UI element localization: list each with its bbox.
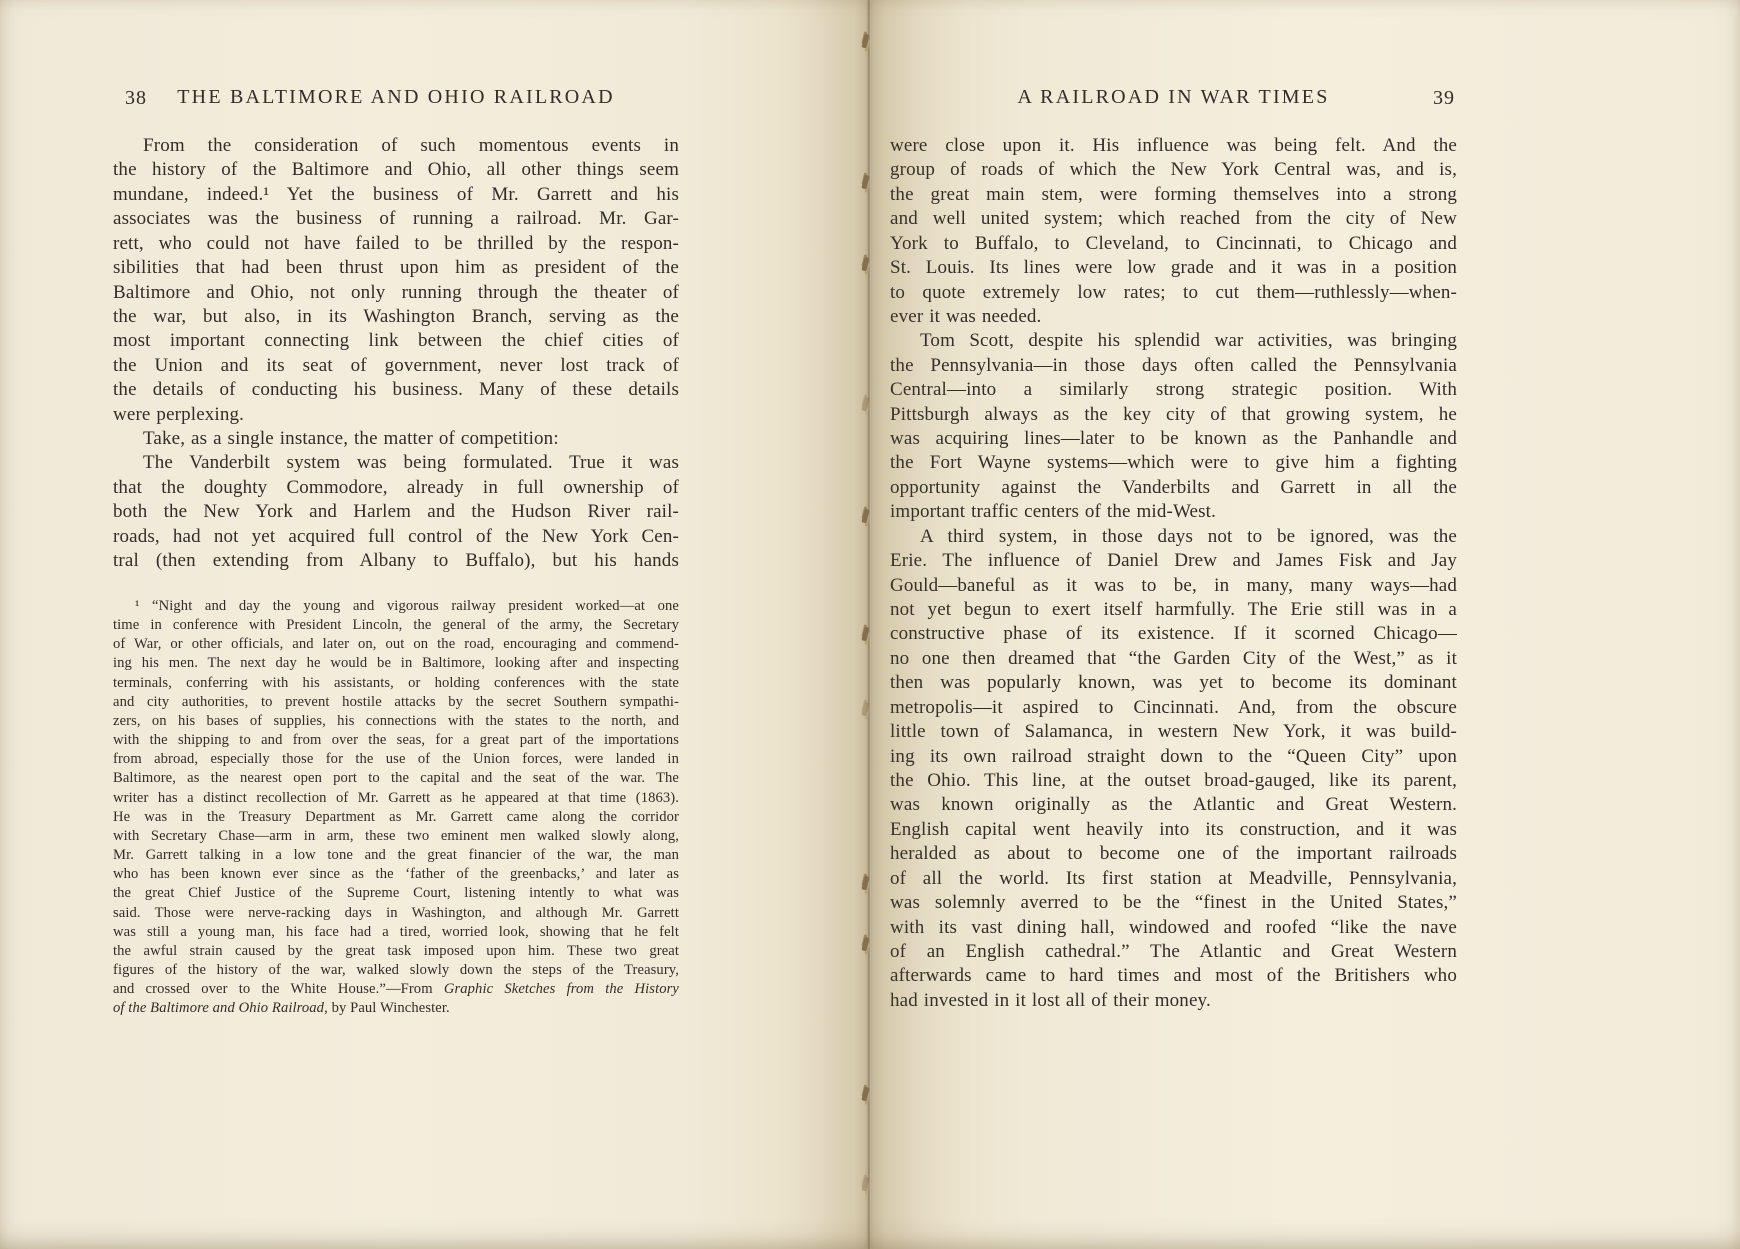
text-line: Take, as a single instance, the matter o…: [113, 427, 679, 451]
footnote-left: ¹ “Night and day the young and vigorous …: [113, 597, 679, 1018]
text-line: the Fort Wayne systems—which were to giv…: [890, 451, 1457, 475]
body-text-right: were close upon it. His influence was be…: [890, 134, 1457, 1013]
text-line: group of roads of which the New York Cen…: [890, 158, 1457, 182]
text-line: St. Louis. Its lines were low grade and …: [890, 256, 1457, 280]
book-spread: 38 THE BALTIMORE AND OHIO RAILROAD From …: [0, 0, 1740, 1249]
text-line: the great main stem, were forming themse…: [890, 183, 1457, 207]
text-line: the great Chief Justice of the Supreme C…: [113, 884, 679, 903]
text-line: ever it was needed.: [890, 305, 1457, 329]
text-line: with the shipping to and from over the s…: [113, 731, 679, 750]
text-line: Central—into a similarly strong strategi…: [890, 378, 1457, 402]
text-line: then was popularly known, was yet to bec…: [890, 671, 1457, 695]
text-line: roads, had not yet acquired full control…: [113, 525, 679, 549]
text-line: sibilities that had been thrust upon him…: [113, 256, 679, 280]
text-line: was still a young man, his face had a ti…: [113, 923, 679, 942]
text-line: time in conference with President Lincol…: [113, 616, 679, 635]
text-line: said. Those were nerve-racking days in W…: [113, 904, 679, 923]
text-line: Baltimore and Ohio, not only running thr…: [113, 281, 679, 305]
text-line: rett, who could not have failed to be th…: [113, 232, 679, 256]
text-line: The Vanderbilt system was being formulat…: [113, 451, 679, 475]
text-line: no one then dreamed that “the Garden Cit…: [890, 647, 1457, 671]
running-head-row-right: A RAILROAD IN WAR TIMES 39: [890, 86, 1457, 116]
text-line: Gould—baneful as it was to be, in many, …: [890, 574, 1457, 598]
text-line: Baltimore, as the nearest open port to t…: [113, 769, 679, 788]
text-line: important traffic centers of the mid-Wes…: [890, 500, 1457, 524]
text-line: was known originally as the Atlantic and…: [890, 793, 1457, 817]
text-line: were perplexing.: [113, 403, 679, 427]
text-line: with its vast dining hall, windowed and …: [890, 916, 1457, 940]
text-line: had invested in it lost all of their mon…: [890, 989, 1457, 1013]
text-line: constructive phase of its existence. If …: [890, 622, 1457, 646]
text-line: mundane, indeed.¹ Yet the business of Mr…: [113, 183, 679, 207]
running-head-right: A RAILROAD IN WAR TIMES: [890, 86, 1457, 109]
text-line: with Secretary Chase—arm in arm, these t…: [113, 827, 679, 846]
text-line: A third system, in those days not to be …: [890, 525, 1457, 549]
text-line: of an English cathedral.” The Atlantic a…: [890, 940, 1457, 964]
text-line: were close upon it. His influence was be…: [890, 134, 1457, 158]
text-line: was acquiring lines—later to be known as…: [890, 427, 1457, 451]
text-line: metropolis—it aspired to Cincinnati. And…: [890, 696, 1457, 720]
text-line: Tom Scott, despite his splendid war acti…: [890, 329, 1457, 353]
page-left: 38 THE BALTIMORE AND OHIO RAILROAD From …: [0, 0, 869, 1249]
text-line: opportunity against the Vanderbilts and …: [890, 476, 1457, 500]
body-text-left: From the consideration of such momentous…: [113, 134, 679, 574]
text-line: little town of Salamanca, in western New…: [890, 720, 1457, 744]
text-line: the details of conducting his business. …: [113, 378, 679, 402]
text-line: the war, but also, in its Washington Bra…: [113, 305, 679, 329]
text-line: and crossed over to the White House.”—Fr…: [113, 980, 679, 999]
text-line: and well united system; which reached fr…: [890, 207, 1457, 231]
text-line: Mr. Garrett talking in a low tone and th…: [113, 846, 679, 865]
text-line: From the consideration of such momentous…: [113, 134, 679, 158]
text-line: ing its own railroad straight down to th…: [890, 745, 1457, 769]
text-line: ¹ “Night and day the young and vigorous …: [113, 597, 679, 616]
text-line: Pittsburgh always as the key city of tha…: [890, 403, 1457, 427]
text-line: most important connecting link between t…: [113, 329, 679, 353]
text-line: that the doughty Commodore, already in f…: [113, 476, 679, 500]
text-line: ing his men. The next day he would be in…: [113, 654, 679, 673]
page-right: A RAILROAD IN WAR TIMES 39 were close up…: [871, 0, 1740, 1249]
text-line: the Ohio. This line, at the outset broad…: [890, 769, 1457, 793]
text-line: the Pennsylvania—in those days often cal…: [890, 354, 1457, 378]
text-line: of the Baltimore and Ohio Railroad, by P…: [113, 999, 679, 1018]
text-line: writer has a distinct recollection of Mr…: [113, 789, 679, 808]
text-line: who has been known ever since as the ‘fa…: [113, 865, 679, 884]
text-line: figures of the history of the war, walke…: [113, 961, 679, 980]
text-line: terminals, conferring with his assistant…: [113, 674, 679, 693]
text-line: associates was the business of running a…: [113, 207, 679, 231]
text-line: to quote extremely low rates; to cut the…: [890, 281, 1457, 305]
text-line: English capital went heavily into its co…: [890, 818, 1457, 842]
text-line: York to Buffalo, to Cleveland, to Cincin…: [890, 232, 1457, 256]
text-line: not yet begun to exert itself harmfully.…: [890, 598, 1457, 622]
running-head-row-left: 38 THE BALTIMORE AND OHIO RAILROAD: [113, 86, 679, 116]
text-line: tral (then extending from Albany to Buff…: [113, 549, 679, 573]
text-line: heralded as about to become one of the i…: [890, 842, 1457, 866]
text-line: both the New York and Harlem and the Hud…: [113, 500, 679, 524]
page-number-left: 38: [125, 87, 147, 110]
text-line: zers, on his bases of supplies, his conn…: [113, 712, 679, 731]
text-line: afterwards came to hard times and most o…: [890, 964, 1457, 988]
text-line: and city authorities, to prevent hostile…: [113, 693, 679, 712]
text-line: He was in the Treasury Department as Mr.…: [113, 808, 679, 827]
page-number-right: 39: [1433, 87, 1455, 110]
text-line: of all the world. Its first station at M…: [890, 867, 1457, 891]
text-line: the Union and its seat of government, ne…: [113, 354, 679, 378]
text-line: the history of the Baltimore and Ohio, a…: [113, 158, 679, 182]
book-gutter-fold: [868, 0, 870, 1249]
text-line: was solemnly averred to be the “finest i…: [890, 891, 1457, 915]
text-line: of War, or other officials, and later on…: [113, 635, 679, 654]
text-line: Erie. The influence of Daniel Drew and J…: [890, 549, 1457, 573]
text-line: the awful strain caused by the great tas…: [113, 942, 679, 961]
text-line: from abroad, especially those for the us…: [113, 750, 679, 769]
running-head-left: THE BALTIMORE AND OHIO RAILROAD: [113, 86, 679, 109]
